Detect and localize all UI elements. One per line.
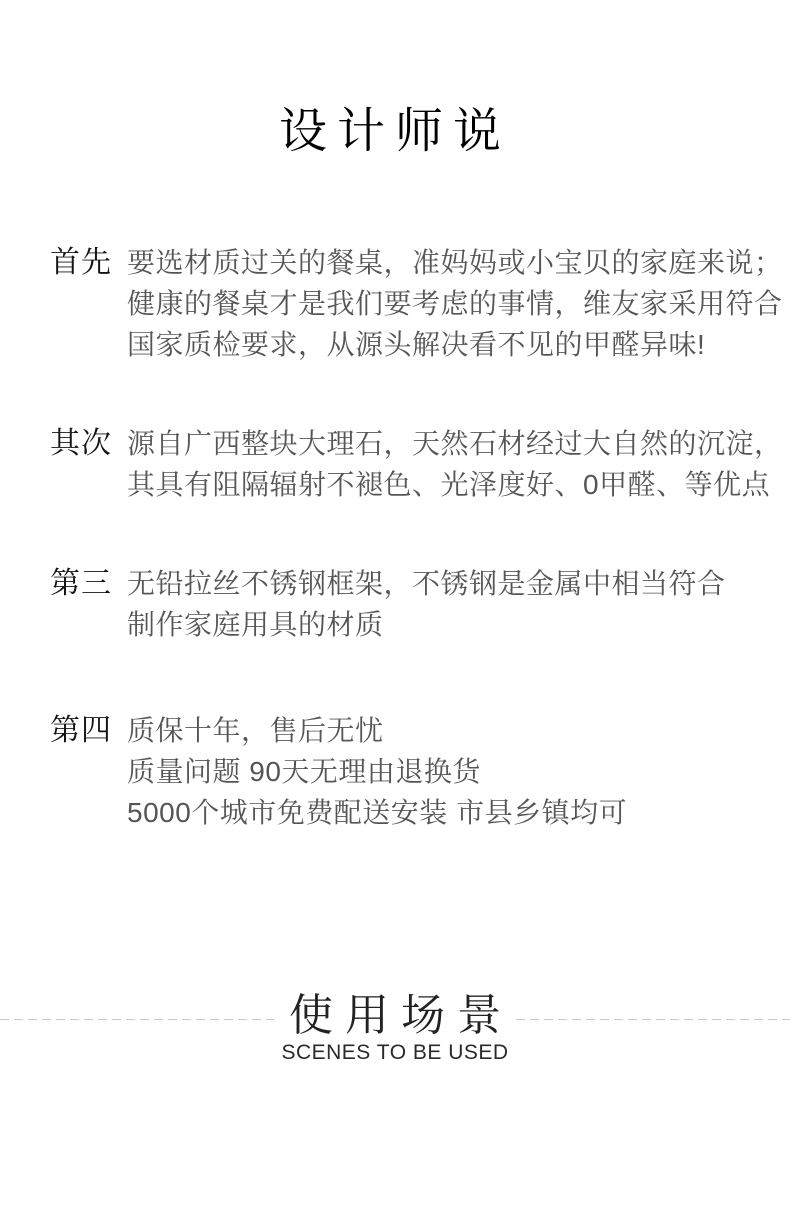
point-text-line: 质量问题 90天无理由退换货 [127,751,756,792]
point-section-fourth: 第四 质保十年，售后无忧 质量问题 90天无理由退换货 5000个城市免费配送安… [50,710,756,833]
point-label-fourth: 第四 [50,710,110,751]
point-text-line: 健康的餐桌才是我们要考虑的事情，维友家采用符合 [127,283,783,324]
page-title: 设计师说 [0,104,790,160]
point-text-line: 无铅拉丝不锈钢框架，不锈钢是金属中相当符合 [127,563,756,604]
scene-header-text: 使用场景 SCENES TO BE USED [281,993,508,1065]
point-label-second: 其次 [50,423,110,464]
point-body-fourth: 质保十年，售后无忧 质量问题 90天无理由退换货 5000个城市免费配送安装 市… [127,710,756,833]
scene-section-header: 使用场景 SCENES TO BE USED [0,993,790,1065]
point-body-first: 要选材质过关的餐桌，准妈妈或小宝贝的家庭来说； 健康的餐桌才是我们要考虑的事情，… [127,242,783,365]
scene-subtitle: SCENES TO BE USED [281,1041,508,1065]
dashed-divider-right [516,1019,790,1020]
point-body-second: 源自广西整块大理石，天然石材经过大自然的沉淀， 其具有阻隔辐射不褪色、光泽度好、… [127,423,783,505]
point-text-line: 国家质检要求，从源头解决看不见的甲醛异味! [127,324,783,365]
point-section-first: 首先 要选材质过关的餐桌，准妈妈或小宝贝的家庭来说； 健康的餐桌才是我们要考虑的… [50,242,756,365]
point-text-line: 其具有阻隔辐射不褪色、光泽度好、0甲醛、等优点 [127,464,783,505]
point-text-line: 质保十年，售后无忧 [127,710,756,751]
point-label-first: 首先 [50,242,110,283]
point-text-line: 5000个城市免费配送安装 市县乡镇均可 [127,792,756,833]
point-text-line: 要选材质过关的餐桌，准妈妈或小宝贝的家庭来说； [127,242,783,283]
point-text-line: 制作家庭用具的材质 [127,604,756,645]
designer-points-list: 首先 要选材质过关的餐桌，准妈妈或小宝贝的家庭来说； 健康的餐桌才是我们要考虑的… [0,242,790,833]
point-body-third: 无铅拉丝不锈钢框架，不锈钢是金属中相当符合 制作家庭用具的材质 [127,563,756,645]
point-section-third: 第三 无铅拉丝不锈钢框架，不锈钢是金属中相当符合 制作家庭用具的材质 [50,563,756,645]
point-section-second: 其次 源自广西整块大理石，天然石材经过大自然的沉淀， 其具有阻隔辐射不褪色、光泽… [50,423,756,505]
point-text-line: 源自广西整块大理石，天然石材经过大自然的沉淀， [127,423,783,464]
dashed-divider-left [0,1019,274,1020]
point-label-third: 第三 [50,563,110,604]
scene-title: 使用场景 [281,993,520,1039]
